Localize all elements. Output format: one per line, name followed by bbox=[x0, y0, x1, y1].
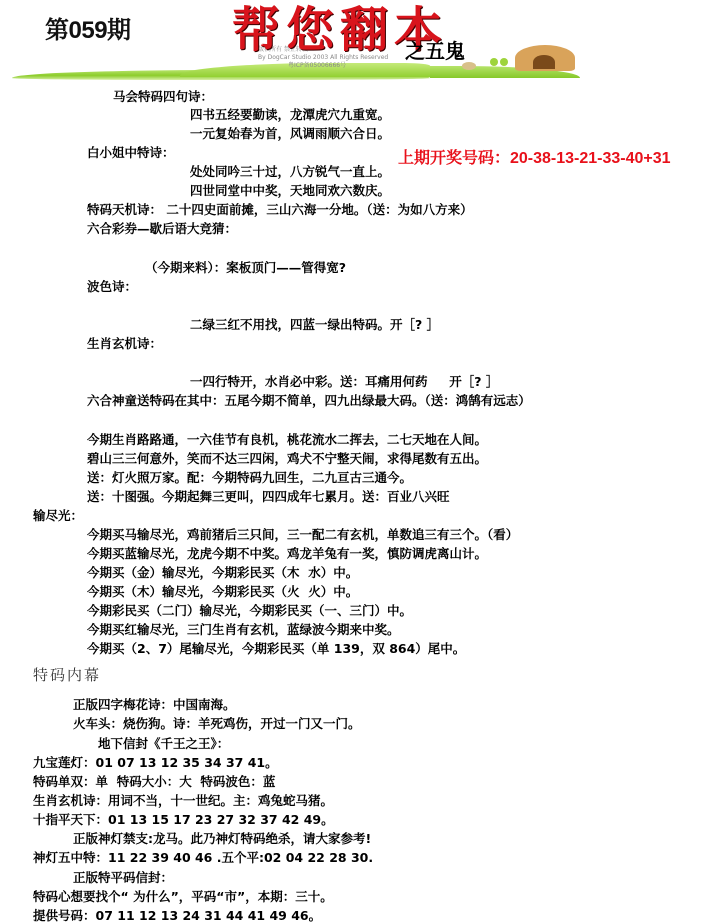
header-banner: 第059期 版权所有 禁止转载 By DogCar Studio 2003 Al… bbox=[0, 0, 720, 82]
text-line: 送：灯火照万家。配：今期特码九回生，二九亘古三通今。 bbox=[87, 470, 412, 486]
section-title: 特码内幕 bbox=[33, 664, 101, 685]
text-line: 今期生肖路路通，一六佳节有良机，桃花流水二挥去，二七天地在人间。 bbox=[87, 432, 487, 448]
last-draw-numbers: 上期开奖号码：20-38-13-21-33-40+31 bbox=[398, 145, 671, 168]
text-line: 输尽光： bbox=[33, 508, 83, 524]
cartoon-house-decoration bbox=[515, 45, 575, 71]
text-line: 特码天机诗： 二十四史面前摊，三山六海一分地。（送：为如八方来） bbox=[87, 202, 473, 218]
text-line: 正版特平码信封： bbox=[73, 870, 173, 886]
text-line: 四世同堂中中奖，天地同欢六数庆。 bbox=[190, 183, 390, 199]
issue-number: 第059期 bbox=[45, 10, 131, 45]
text-line: 十指平天下：01 13 15 17 23 27 32 37 42 49。 bbox=[33, 812, 334, 828]
text-line: 今期彩民买（二门）输尽光，今期彩民买（一、三门）中。 bbox=[87, 603, 412, 619]
text-line: 二绿三红不用找，四蓝一绿出特码。开［? ］ bbox=[190, 317, 439, 333]
text-line: 碧山三三何意外，笑而不达三四闲，鸡犬不宁整天闹，求得尾数有五出。 bbox=[87, 451, 487, 467]
text-line: 特码单双：单 特码大小：大 特码波色：蓝 bbox=[33, 774, 275, 790]
text-line: 六合神童送特码在其中：五尾今期不简单，四九出绿最大码。（送：鸿鹄有远志） bbox=[87, 393, 531, 409]
text-line: 一元复始春为首，风调雨顺六合日。 bbox=[190, 126, 390, 142]
credit-line: 粤ICP备05006666号 bbox=[258, 62, 418, 70]
text-line: 白小姐中特诗： bbox=[87, 145, 175, 161]
text-line: 生肖玄机诗：用词不当，十一世纪。主：鸡兔蛇马猪。 bbox=[33, 793, 333, 809]
text-line: 处处同吟三十过，八方锐气一直上。 bbox=[190, 164, 390, 180]
text-line: 一四行特开，水肖必中彩。送：耳痛用何药 开［? ］ bbox=[190, 374, 498, 390]
text-line: 六合彩券—歇后语大竞猜： bbox=[87, 221, 237, 237]
text-line: （今期来料）：案板顶门——管得宽? bbox=[145, 260, 346, 276]
text-line: 九宝莲灯：01 07 13 12 35 34 37 41。 bbox=[33, 755, 278, 771]
text-line: 波色诗： bbox=[87, 279, 137, 295]
text-line: 今期买（2、7）尾输尽光，今期彩民买（单 139，双 864）尾中。 bbox=[87, 641, 465, 657]
text-line: 神灯五中特：11 22 39 40 46 .五个平:02 04 22 28 30… bbox=[33, 850, 373, 866]
text-line: 马会特码四句诗： bbox=[113, 89, 213, 105]
text-line: 火车头：烧伤狗。诗：羊死鸡伤，开过一门又一门。 bbox=[73, 716, 361, 732]
text-line: 四书五经要勤读，龙潭虎穴九重宽。 bbox=[190, 107, 390, 123]
text-line: 提供号码：07 11 12 13 24 31 44 41 49 46。 bbox=[33, 908, 321, 923]
text-line: 正版四字梅花诗：中国南海。 bbox=[73, 697, 236, 713]
text-line: 生肖玄机诗： bbox=[87, 336, 162, 352]
bush-decoration bbox=[500, 58, 508, 66]
text-line: 今期买（木）输尽光，今期彩民买（火 火）中。 bbox=[87, 584, 358, 600]
text-line: 特码心想要找个“ 为什么”，平码“市”，本期：三十。 bbox=[33, 889, 333, 905]
text-line: 送：十图强。今期起舞三更叫，四四成年七累月。送：百业八兴旺 bbox=[87, 489, 450, 505]
page-subtitle: 之五鬼 bbox=[405, 35, 465, 64]
bush-decoration bbox=[490, 58, 498, 66]
text-line: 今期买蓝输尽光，龙虎今期不中奖。鸡龙羊兔有一奖，慎防调虎离山计。 bbox=[87, 546, 487, 562]
text-line: 今期买（金）输尽光，今期彩民买（木 水）中。 bbox=[87, 565, 358, 581]
text-line: 地下信封《千王之王》： bbox=[98, 736, 229, 752]
text-line: 今期买红输尽光，三门生肖有玄机，蓝绿波今期来中奖。 bbox=[87, 622, 400, 638]
text-line: 今期买马输尽光，鸡前猪后三只间，三一配二有玄机，单数追三有三个。（看） bbox=[87, 527, 518, 543]
text-line: 正版神灯禁支:龙马。此乃神灯特码绝杀，请大家参考! bbox=[73, 831, 371, 847]
